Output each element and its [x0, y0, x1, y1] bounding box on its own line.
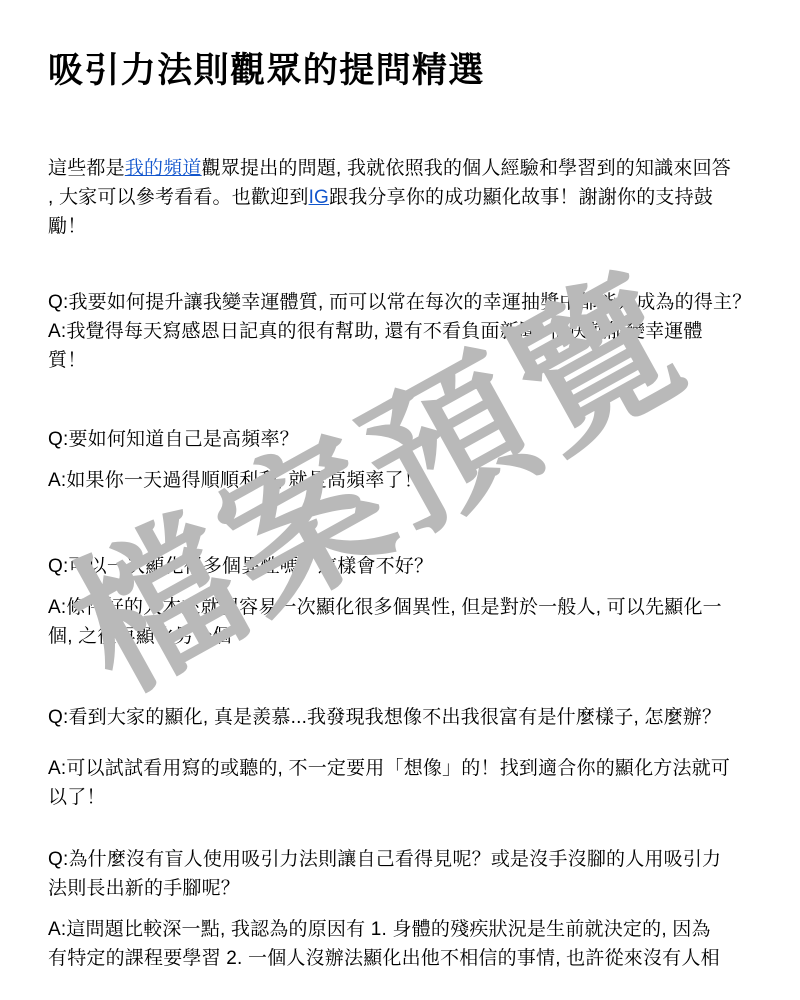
qa-answer: A:條件好的人本來就很容易一次顯化很多個異性, 但是對於一般人, 可以先顯化一個…	[48, 593, 758, 651]
intro-text-run: 勵！	[48, 216, 86, 237]
qa-question: Q:可以一次顯化很多個異性嗎？這樣會不好？	[48, 552, 758, 581]
qa-block: Q:要如何知道自己是高頻率？A:如果你一天過得順順利利, 就是高頻率了！	[48, 425, 758, 495]
ig-link[interactable]: IG	[309, 187, 329, 208]
qa-question: Q:我要如何提升讓我變幸運體質, 而可以常在每次的幸運抽獎中都能夠成為的得主？	[48, 288, 758, 317]
qa-block: Q:為什麼沒有盲人使用吸引力法則讓自己看得見呢？或是沒手沒腳的人用吸引力法則長出…	[48, 845, 758, 973]
channel-link[interactable]: 我的頻道	[125, 158, 202, 179]
qa-list: Q:我要如何提升讓我變幸運體質, 而可以常在每次的幸運抽獎中都能夠成為的得主？A…	[48, 288, 758, 973]
qa-question: Q:要如何知道自己是高頻率？	[48, 425, 758, 454]
intro-text-run: 觀眾提出的問題, 我就依照我的個人經驗和學習到的知識來回答	[202, 158, 731, 179]
qa-answer: A:如果你一天過得順順利利, 就是高頻率了！	[48, 466, 758, 495]
document-title: 吸引力法則觀眾的提問精選	[48, 51, 758, 91]
qa-answer: A:我覺得每天寫感恩日記真的很有幫助, 還有不看負面新聞, 很快就能變幸運體質！	[48, 317, 758, 375]
qa-answer: A:可以試試看用寫的或聽的, 不一定要用「想像」的！找到適合你的顯化方法就可以了…	[48, 754, 758, 812]
qa-block: Q:可以一次顯化很多個異性嗎？這樣會不好？A:條件好的人本來就很容易一次顯化很多…	[48, 552, 758, 651]
document-preview-page: 吸引力法則觀眾的提問精選 這些都是我的頻道觀眾提出的問題, 我就依照我的個人經驗…	[0, 0, 800, 1000]
document-content: 吸引力法則觀眾的提問精選 這些都是我的頻道觀眾提出的問題, 我就依照我的個人經驗…	[0, 0, 800, 973]
qa-answer: A:這問題比較深一點, 我認為的原因有 1. 身體的殘疾狀況是生前就決定的, 因…	[48, 915, 758, 973]
intro-text-run: , 大家可以參考看看。也歡迎到	[48, 187, 309, 208]
intro-text-run: 跟我分享你的成功顯化故事！謝謝你的支持鼓	[329, 187, 713, 208]
intro-text-run: 這些都是	[48, 158, 125, 179]
qa-question: Q:看到大家的顯化, 真是羨慕...我發現我想像不出我很富有是什麼樣子, 怎麼辦…	[48, 703, 758, 732]
qa-block: Q:看到大家的顯化, 真是羨慕...我發現我想像不出我很富有是什麼樣子, 怎麼辦…	[48, 703, 758, 812]
intro-paragraph: 這些都是我的頻道觀眾提出的問題, 我就依照我的個人經驗和學習到的知識來回答, 大…	[48, 154, 758, 241]
qa-block: Q:我要如何提升讓我變幸運體質, 而可以常在每次的幸運抽獎中都能夠成為的得主？A…	[48, 288, 758, 375]
qa-question: Q:為什麼沒有盲人使用吸引力法則讓自己看得見呢？或是沒手沒腳的人用吸引力法則長出…	[48, 845, 758, 903]
